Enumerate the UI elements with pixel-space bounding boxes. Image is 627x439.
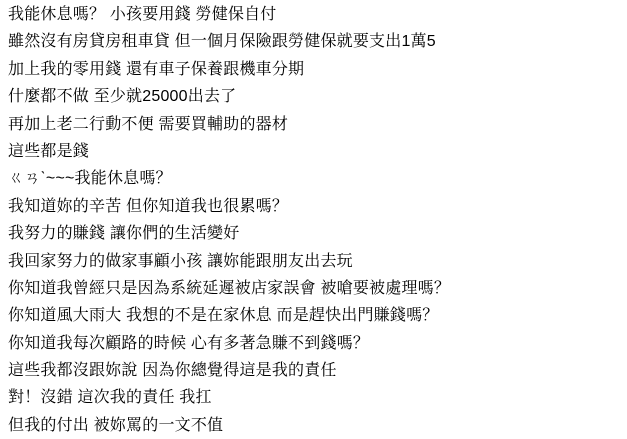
- text-line: 我能休息嗎？ 小孩要用錢 勞健保自付: [8, 1, 619, 28]
- text-line: 我回家努力的做家事顧小孩 讓妳能跟朋友出去玩: [8, 248, 619, 275]
- text-line: 你知道風大雨大 我想的不是在家休息 而是趕快出門賺錢嗎？: [8, 302, 619, 329]
- text-line: 我努力的賺錢 讓你們的生活變好: [8, 220, 619, 247]
- text-line: ㄍㄢˋ~~~我能休息嗎？: [8, 165, 619, 192]
- text-line: 這些都是錢: [8, 138, 619, 165]
- text-line: 你知道我每次顧路的時候 心有多著急賺不到錢嗎？: [8, 330, 619, 357]
- text-line: 我知道妳的辛苦 但你知道我也很累嗎？: [8, 193, 619, 220]
- text-line: 再加上老二行動不便 需要買輔助的器材: [8, 111, 619, 138]
- text-line: 加上我的零用錢 還有車子保養跟機車分期: [8, 56, 619, 83]
- text-line: 這些我都沒跟妳說 因為你總覺得這是我的責任: [8, 357, 619, 384]
- text-line: 雖然沒有房貸房租車貸 但一個月保險跟勞健保就要支出1萬5: [8, 28, 619, 55]
- text-document: 我能休息嗎？ 小孩要用錢 勞健保自付 雖然沒有房貸房租車貸 但一個月保險跟勞健保…: [0, 0, 627, 439]
- text-line: 什麼都不做 至少就25000出去了: [8, 83, 619, 110]
- text-line: 你知道我曾經只是因為系統延遲被店家誤會 被嗆要被處理嗎？: [8, 275, 619, 302]
- text-line: 對！沒錯 這次我的責任 我扛: [8, 384, 619, 411]
- text-line: 但我的付出 被妳罵的一文不值: [8, 412, 619, 439]
